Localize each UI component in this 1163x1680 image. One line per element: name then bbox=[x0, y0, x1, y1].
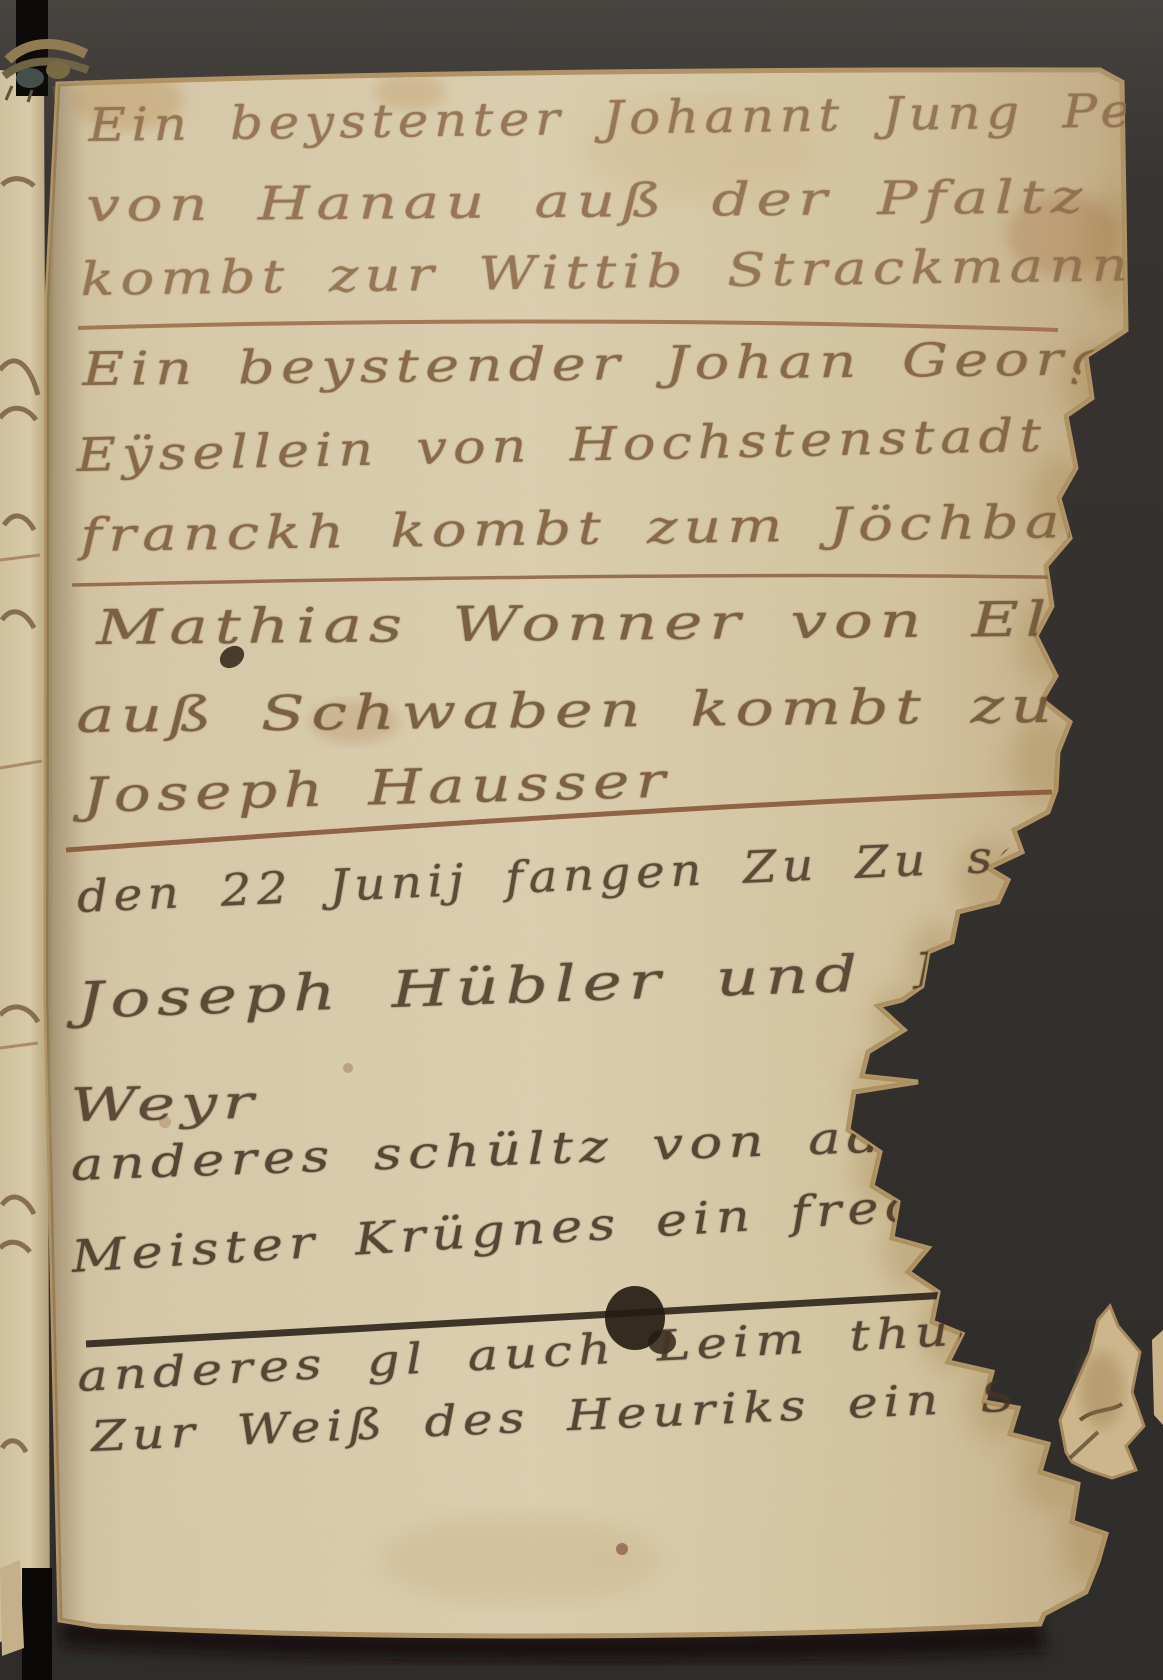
handwritten-line: Ein beystender Johan Georg bbox=[82, 331, 1112, 396]
handwritten-line: Mathias Wonner von Elva bbox=[96, 591, 1142, 656]
handwritten-line: den 22 Junij fangen Zu Zu schüh bbox=[76, 826, 1141, 923]
bottom-left-paper-wisp bbox=[0, 1560, 24, 1656]
handwritten-line: Weyr bbox=[70, 1075, 260, 1132]
handwriting-layer: Ein beystenter Johannt Jung Pe von Hanau… bbox=[0, 0, 1163, 1680]
handwritten-line: Ein beystenter Johannt Jung Pe bbox=[88, 83, 1137, 152]
handwritten-line: von Hanau auß der Pfaltz bbox=[86, 169, 1089, 232]
manuscript-photo: Ein beystenter Johannt Jung Pe von Hanau… bbox=[0, 0, 1163, 1680]
handwritten-line: Joseph Hausser bbox=[82, 753, 672, 824]
handwritten-line: auß Schwaben kombt zum M bbox=[76, 676, 1163, 744]
handwritten-line: Eÿsellein von Hochstenstadt a bbox=[76, 406, 1123, 482]
facing-page-sliver bbox=[0, 70, 50, 1642]
handwritten-line: franckh kombt zum Jöchballe bbox=[80, 493, 1156, 562]
handwritten-line: kombt zur Wittib Strackmann bbox=[80, 237, 1134, 306]
